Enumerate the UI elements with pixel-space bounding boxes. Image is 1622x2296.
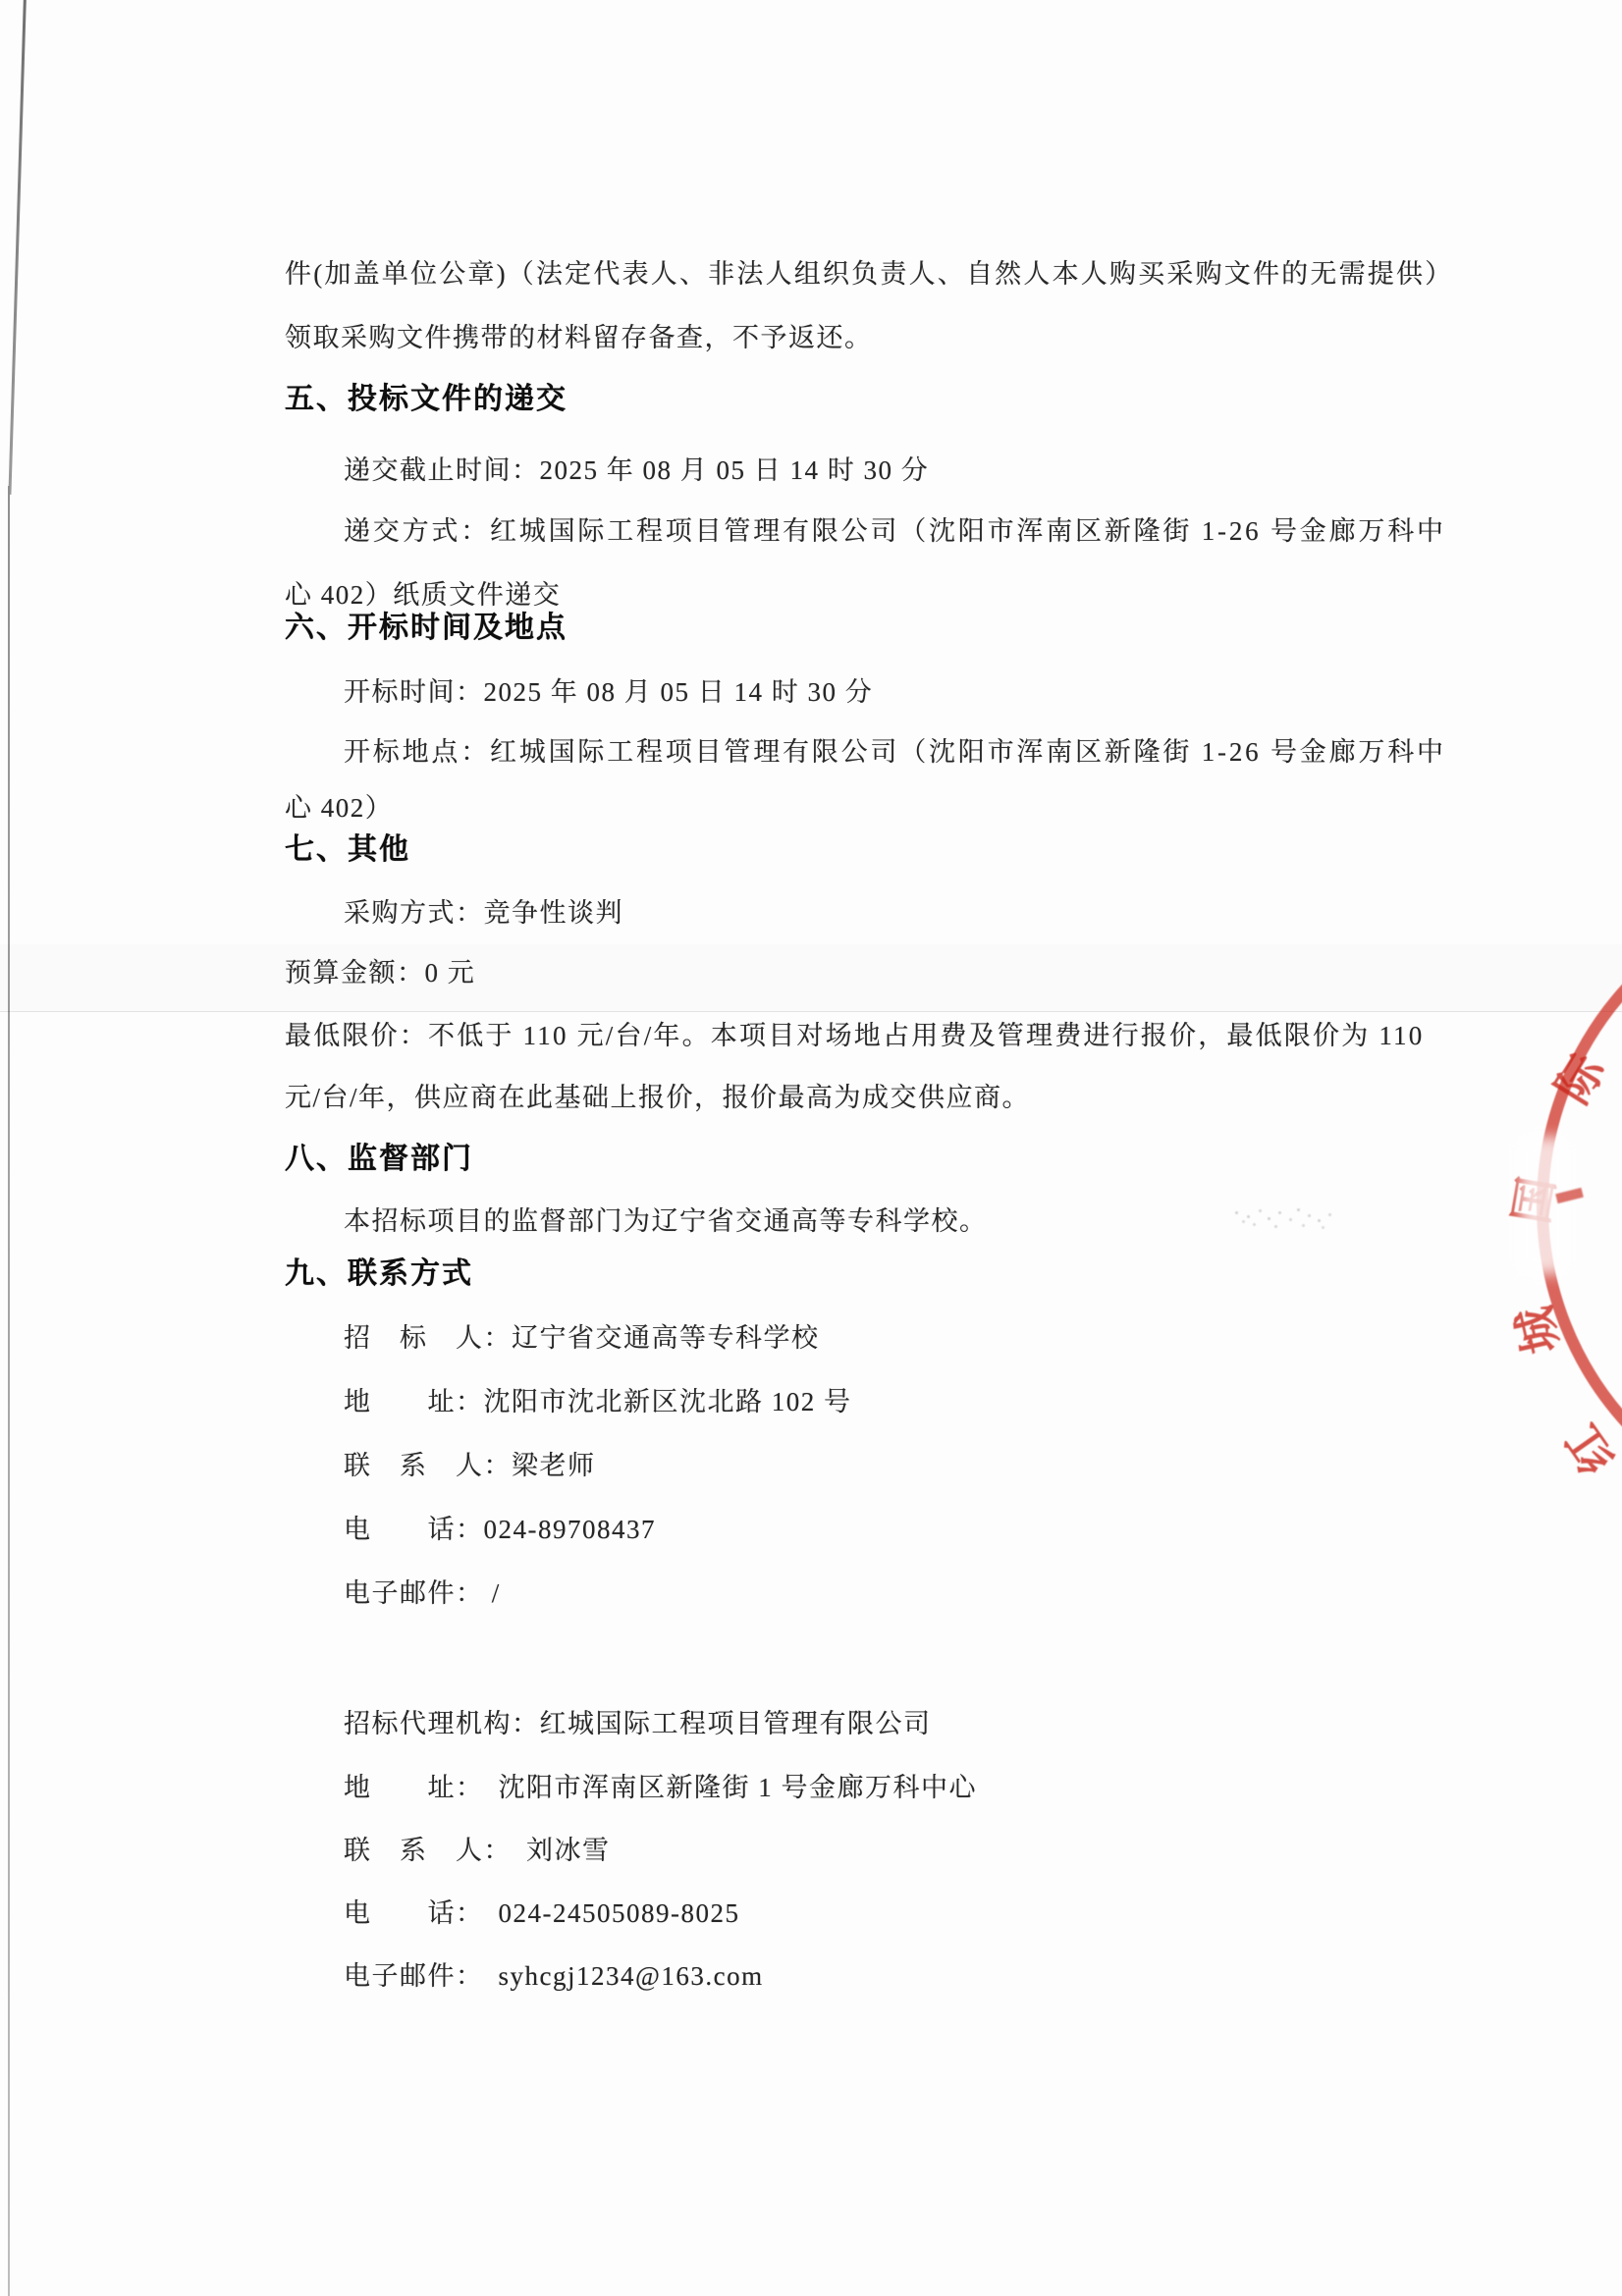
section-8-heading: 八、监督部门	[285, 1143, 473, 1176]
scan-edge-line	[8, 486, 10, 2296]
supervisor: 本招标项目的监督部门为辽宁省交通高等专科学校。	[344, 1204, 988, 1238]
stamp-character: 红	[1557, 1415, 1622, 1482]
min-price-1: 最低限价：不低于 110 元/台/年。本项目对场地占用费及管理费进行报价，最低限…	[285, 1019, 1424, 1052]
open-place-1: 开标地点：红城国际工程项目管理有限公司（沈阳市浑南区新隆街 1-26 号金廊万科…	[344, 735, 1446, 769]
open-place-2: 心 402）	[285, 791, 393, 825]
agency-phone: 电 话： 024-24505089-8025	[344, 1896, 739, 1930]
tenderer-email: 电子邮件： /	[344, 1576, 501, 1610]
scan-smudge	[1235, 1211, 1238, 1214]
budget-amount: 预算金额：0 元	[285, 956, 475, 989]
intro-line-1: 件(加盖单位公章)（法定代表人、非法人组织负责人、自然人本人购买采购文件的无需提…	[285, 257, 1453, 291]
purchase-method: 采购方式：竞争性谈判	[344, 896, 623, 930]
submit-method-2: 心 402）纸质文件递交	[285, 578, 561, 612]
min-price-2: 元/台/年，供应商在此基础上报价，报价最高为成交供应商。	[285, 1081, 1030, 1114]
open-time: 开标时间：2025 年 08 月 05 日 14 时 30 分	[344, 675, 873, 709]
tenderer-phone: 电 话：024-89708437	[344, 1513, 656, 1546]
section-9-heading: 九、联系方式	[285, 1257, 473, 1291]
agency-contact: 联 系 人： 刘冰雪	[344, 1834, 611, 1867]
agency-name: 招标代理机构：红城国际工程项目管理有限公司	[344, 1707, 932, 1740]
scan-divider-line	[0, 1011, 1622, 1012]
agency-email: 电子邮件： syhcgj1234@163.com	[344, 1959, 764, 1993]
scan-shading-band	[0, 944, 1622, 1011]
submit-deadline: 递交截止时间：2025 年 08 月 05 日 14 时 30 分	[344, 454, 929, 487]
tenderer-address: 地 址：沈阳市沈北新区沈北路 102 号	[344, 1385, 852, 1418]
section-7-heading: 七、其他	[285, 833, 410, 867]
tenderer-name: 招 标 人：辽宁省交通高等专科学校	[344, 1321, 820, 1355]
section-5-heading: 五、投标文件的递交	[285, 383, 568, 416]
document-page: 件(加盖单位公章)（法定代表人、非法人组织负责人、自然人本人购买采购文件的无需提…	[0, 0, 1622, 2296]
scan-edge-line-top	[8, 0, 26, 495]
intro-line-2: 领取采购文件携带的材料留存备查，不予返还。	[285, 321, 873, 354]
tenderer-contact: 联 系 人：梁老师	[344, 1449, 596, 1482]
stamp-ink-fade	[1520, 1137, 1565, 1274]
agency-address: 地 址： 沈阳市浑南区新隆街 1 号金廊万科中心	[344, 1771, 977, 1804]
section-6-heading: 六、开标时间及地点	[285, 612, 568, 645]
submit-method-1: 递交方式：红城国际工程项目管理有限公司（沈阳市浑南区新隆街 1-26 号金廊万科…	[344, 514, 1446, 548]
stamp-character: 城	[1509, 1302, 1569, 1359]
